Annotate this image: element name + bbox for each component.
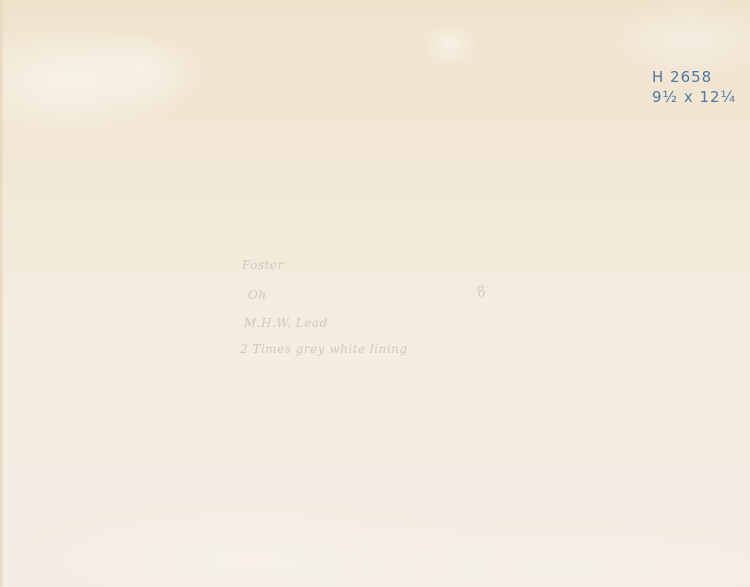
pencil-note-line-1: Foster bbox=[242, 258, 284, 272]
paper-edge bbox=[0, 0, 4, 587]
pencil-note-line-2: Oh bbox=[248, 288, 267, 302]
pencil-note-line-3: M.H.W. Lead bbox=[244, 316, 328, 330]
pencil-side-note: 8 bbox=[475, 283, 489, 301]
inventory-dimensions: 9½ x 12¼ bbox=[652, 88, 736, 106]
inventory-number: H 2658 bbox=[652, 68, 712, 86]
paper-sheet: H 2658 9½ x 12¼ Foster Oh M.H.W. Lead 2 … bbox=[0, 0, 750, 587]
pencil-note-line-4: 2 Times grey white lining bbox=[240, 342, 408, 356]
